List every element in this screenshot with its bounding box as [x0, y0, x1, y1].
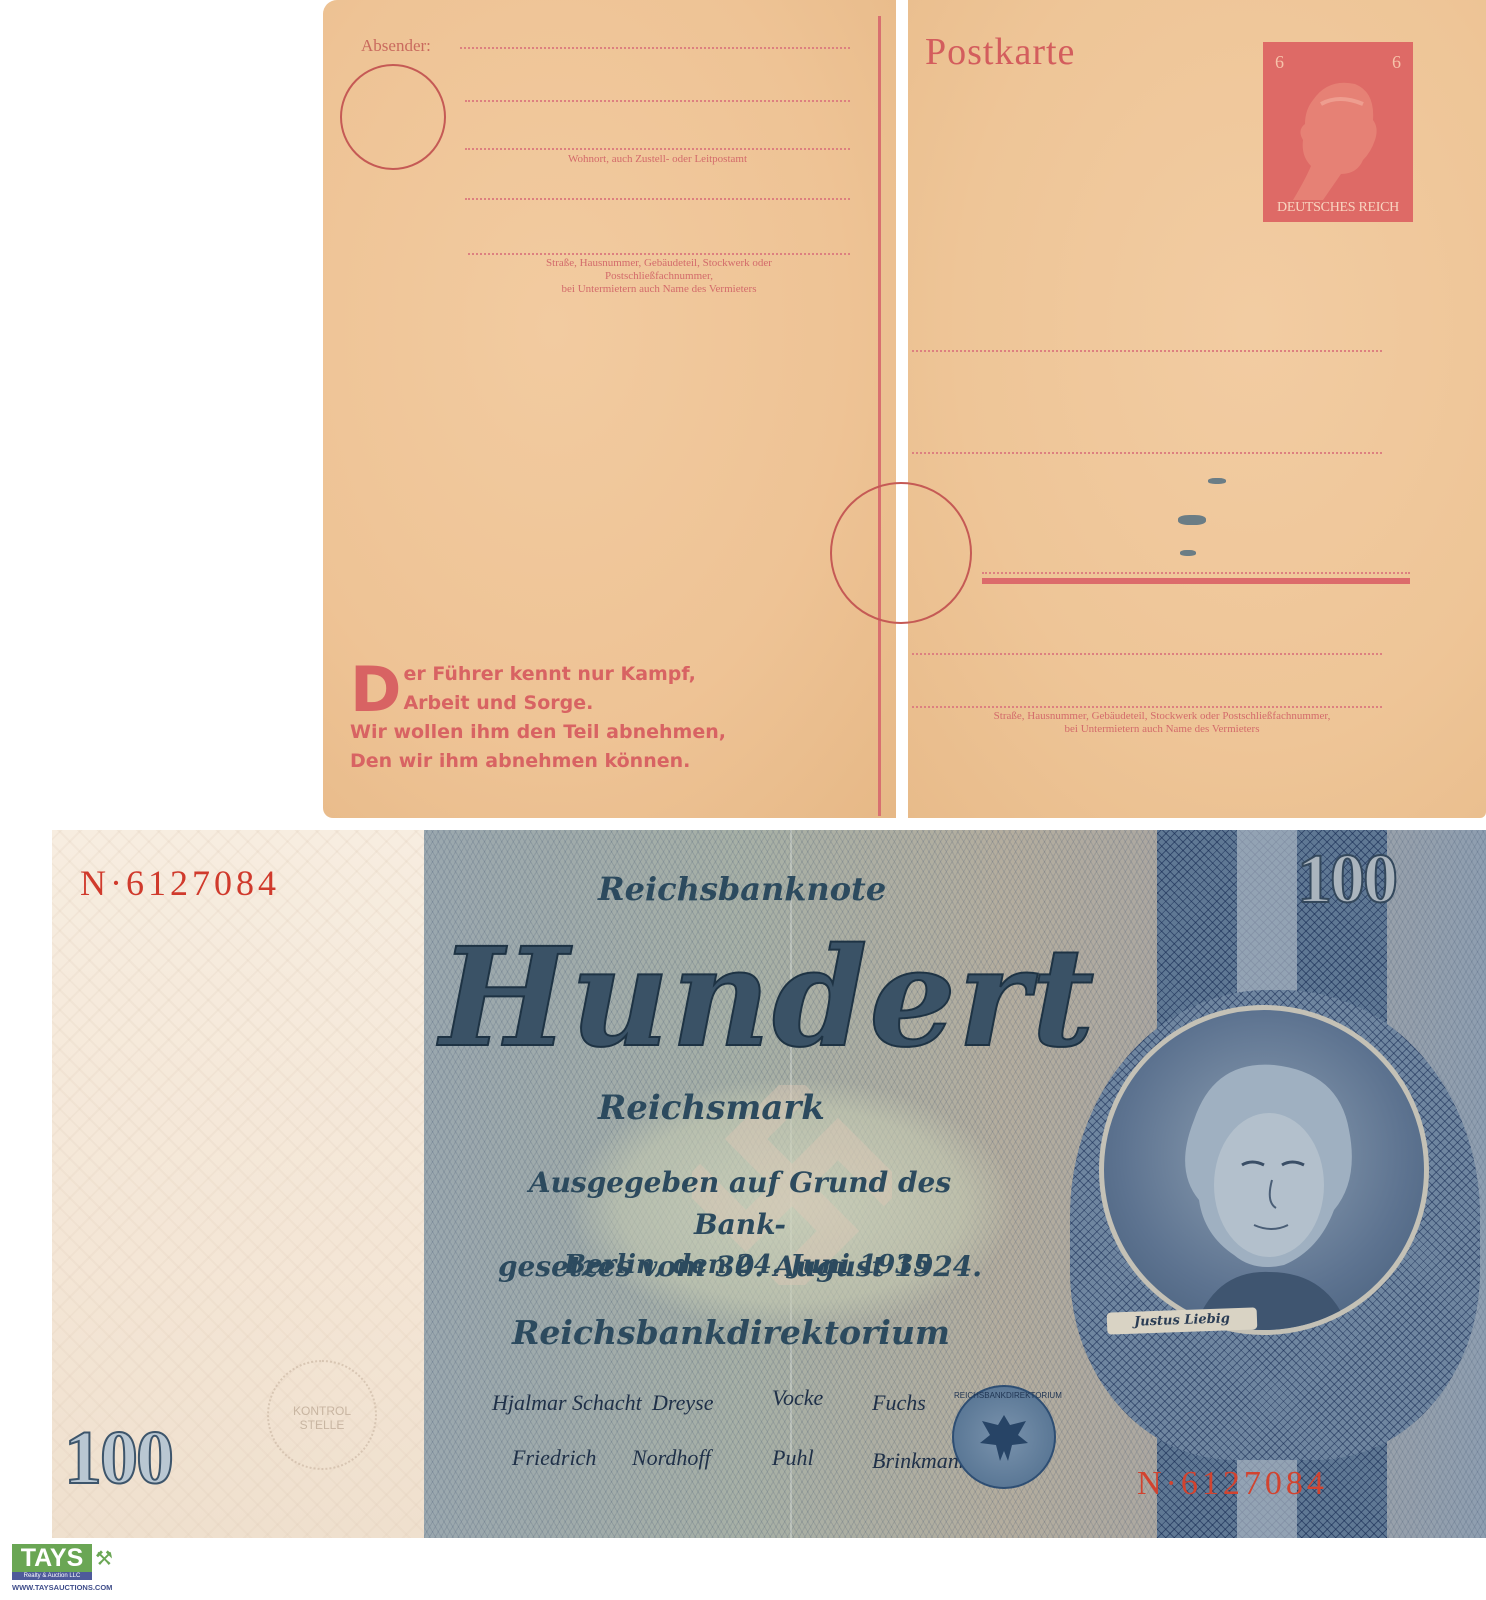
signature: Fuchs [872, 1390, 926, 1416]
sender-label: Absender: [361, 36, 431, 56]
currency-label: Reichsmark [598, 1088, 825, 1128]
recipient-line-2 [912, 452, 1382, 454]
amount-word: Hundert [440, 918, 1096, 1078]
sender-stamp-circle [340, 64, 446, 170]
portrait-medallion [1099, 1005, 1429, 1335]
recipient-line-3 [982, 572, 1410, 574]
signature: Puhl [772, 1445, 814, 1471]
portrait-icon [1283, 70, 1393, 200]
signature: Vocke [772, 1385, 823, 1411]
watermark-stamp: KONTROL STELLE [267, 1360, 377, 1470]
sender-line-5 [468, 253, 850, 255]
logo-subtitle: Realty & Auction LLC [12, 1572, 92, 1580]
logo-name: TAYS [12, 1544, 92, 1572]
stamp-caption: DEUTSCHES REICH [1263, 200, 1413, 216]
note-header: Reichsbanknote [598, 870, 886, 908]
banknote: Justus Liebig N·6127084 100 Reichsbankno… [52, 830, 1486, 1538]
ink-smudge [1208, 478, 1226, 484]
signature: Nordhoff [632, 1445, 711, 1471]
sender-line-1 [460, 47, 850, 49]
recipient-line-4 [912, 653, 1382, 655]
denomination-top-right: 100 [1297, 840, 1396, 920]
signature: Hjalmar Schacht [492, 1390, 642, 1416]
logo-url: WWW.TAYSAUCTIONS.COM [12, 1583, 124, 1592]
sender-line-4 [465, 198, 850, 200]
recipient-stamp-circle [830, 482, 972, 624]
eagle-icon [954, 1387, 1054, 1487]
street-hint: Straße, Hausnummer, Gebäudeteil, Stockwe… [468, 257, 850, 296]
issuer: Reichsbankdirektorium [512, 1313, 950, 1352]
slogan-dropcap: D [350, 662, 401, 718]
denomination-bottom-left: 100 [64, 1415, 172, 1502]
postcard-fold-tear [896, 0, 908, 818]
recipient-underline [982, 578, 1410, 584]
ink-smudge [1178, 515, 1206, 525]
serial-number-bottom: N·6127084 [1137, 1465, 1328, 1503]
postage-stamp: 6 6 DEUTSCHES REICH [1263, 42, 1413, 222]
sender-line-3 [465, 148, 850, 150]
serial-number-top: N·6127084 [80, 862, 280, 904]
ink-smudge [1180, 550, 1196, 556]
tays-logo: TAYS Realty & Auction LLC ⚒ WWW.TAYSAUCT… [12, 1544, 124, 1594]
stamp-value-right: 6 [1392, 52, 1401, 73]
residence-hint: Wohnort, auch Zustell- oder Leitpostamt [465, 153, 850, 166]
sender-line-2 [465, 100, 850, 102]
postcard-divider [878, 16, 881, 816]
recipient-line-1 [912, 350, 1382, 352]
recipient-line-5 [912, 706, 1382, 708]
gavel-icon: ⚒ [95, 1546, 113, 1571]
signature: Friedrich [512, 1445, 596, 1471]
signature: Dreyse [652, 1390, 714, 1416]
portrait-icon [1104, 1010, 1424, 1330]
postcard-title: Postkarte [925, 30, 1075, 74]
recipient-street-hint: Straße, Hausnummer, Gebäudeteil, Stockwe… [912, 710, 1412, 736]
slogan: D er Führer kennt nur Kampf, Arbeit und … [350, 660, 726, 776]
seal-eagle-icon: REICHSBANKDIREKTORIUM [952, 1385, 1056, 1489]
place-date: Berlin, den 24. Juni 1935 [564, 1250, 931, 1280]
